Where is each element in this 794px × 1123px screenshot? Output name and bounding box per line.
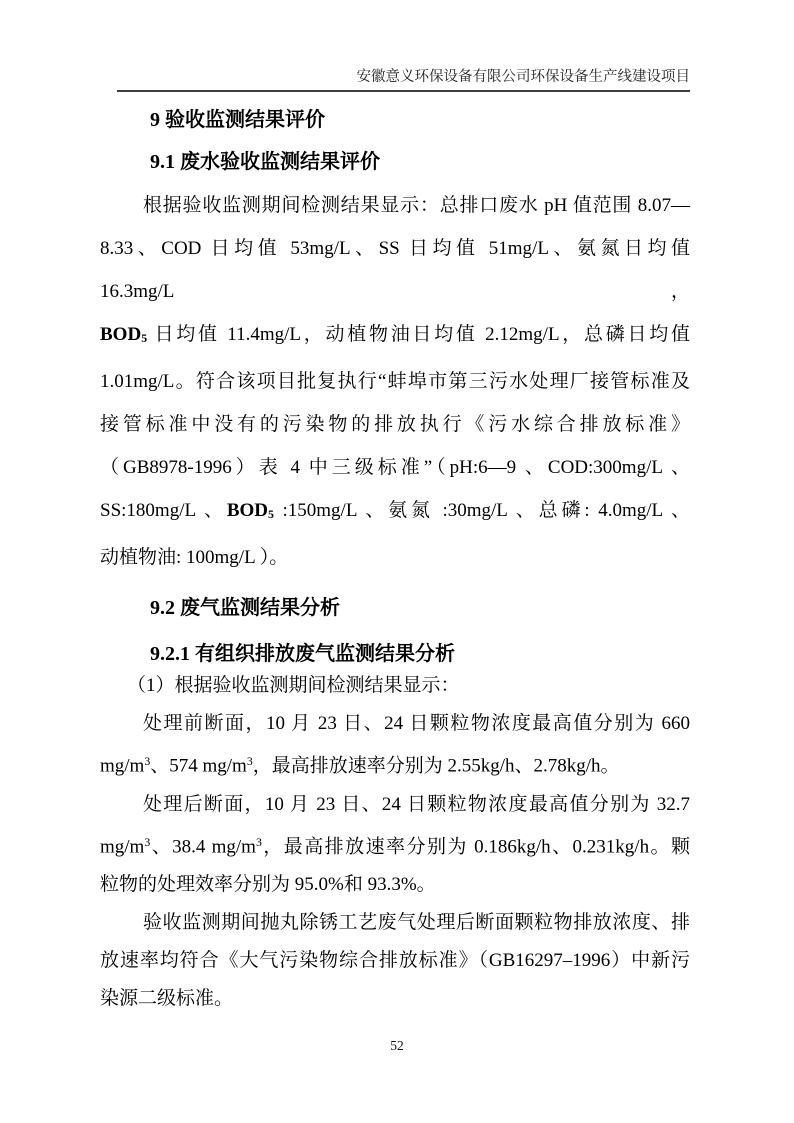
paragraph-line: mg/m3、574 mg/m3，最高排放速率分别为 2.55kg/h、2.78k…	[100, 743, 690, 785]
page-number: 52	[0, 1038, 794, 1054]
paragraph-line: 动植物油: 100mg/L ）。	[100, 536, 690, 579]
section-heading-9-2-1: 9.2.1 有组织排放废气监测结果分析	[100, 641, 690, 667]
paragraph-line: 染源二级标准。	[100, 980, 690, 1018]
intro-paragraph: （1）根据验收监测期间检测结果显示：	[100, 667, 690, 705]
document-page: 安徽意义环保设备有限公司环保设备生产线建设项目 9 验收监测结果评价 9.1 废…	[0, 0, 794, 1123]
paragraph-line: 验收监测期间抛丸除锈工艺废气处理后断面颗粒物排放浓度、排	[100, 904, 690, 942]
paragraph-line: （1）根据验收监测期间检测结果显示：	[100, 667, 690, 705]
paragraph-line: 接管标准中没有的污染物的排放执行《污水综合排放标准》	[100, 403, 690, 446]
paragraph-line: 处理前断面，10 月 23 日、24 日颗粒物浓度最高值分别为 660	[100, 705, 690, 743]
paragraph-line: BOD5 日均值 11.4mg/L，动植物油日均值 2.12mg/L，总磷日均值	[100, 313, 690, 360]
paragraph-line: 粒物的处理效率分别为 95.0%和 93.3%。	[100, 866, 690, 904]
paragraph-line: SS:180mg/L 、BOD5 :150mg/L 、氨氮 :30mg/L 、总…	[100, 489, 690, 536]
before-treatment-paragraph: 处理前断面，10 月 23 日、24 日颗粒物浓度最高值分别为 660 mg/m…	[100, 705, 690, 785]
paragraph-line: 8.33、COD 日均值 53mg/L、SS 日均值 51mg/L、氨氮日均值 …	[100, 227, 690, 313]
page-header-title: 安徽意义环保设备有限公司环保设备生产线建设项目	[100, 68, 690, 90]
section-heading-9: 9 验收监测结果评价	[100, 107, 690, 133]
paragraph-line: mg/m3、38.4 mg/m3，最高排放速率分别为 0.186kg/h、0.2…	[100, 824, 690, 866]
paragraph-line: 根据验收监测期间检测结果显示：总排口废水 pH 值范围 8.07—	[100, 184, 690, 227]
after-treatment-paragraph: 处理后断面，10 月 23 日、24 日颗粒物浓度最高值分别为 32.7 mg/…	[100, 786, 690, 904]
wastewater-paragraph: 根据验收监测期间检测结果显示：总排口废水 pH 值范围 8.07— 8.33、C…	[100, 184, 690, 579]
section-heading-9-2: 9.2 废气监测结果分析	[100, 595, 690, 621]
paragraph-line: 放速率均符合《大气污染物综合排放标准》（GB16297–1996）中新污	[100, 942, 690, 980]
paragraph-line: 1.01mg/L。符合该项目批复执行“蚌埠市第三污水处理厂接管标准及	[100, 360, 690, 403]
paragraph-line: （GB8978-1996）表 4 中三级标准”（pH:6—9 、COD:300m…	[100, 446, 690, 489]
paragraph-line: 处理后断面，10 月 23 日、24 日颗粒物浓度最高值分别为 32.7	[100, 786, 690, 824]
conclusion-paragraph: 验收监测期间抛丸除锈工艺废气处理后断面颗粒物排放浓度、排 放速率均符合《大气污染…	[100, 904, 690, 1018]
header-rule	[117, 90, 690, 92]
section-heading-9-1: 9.1 废水验收监测结果评价	[100, 149, 690, 175]
